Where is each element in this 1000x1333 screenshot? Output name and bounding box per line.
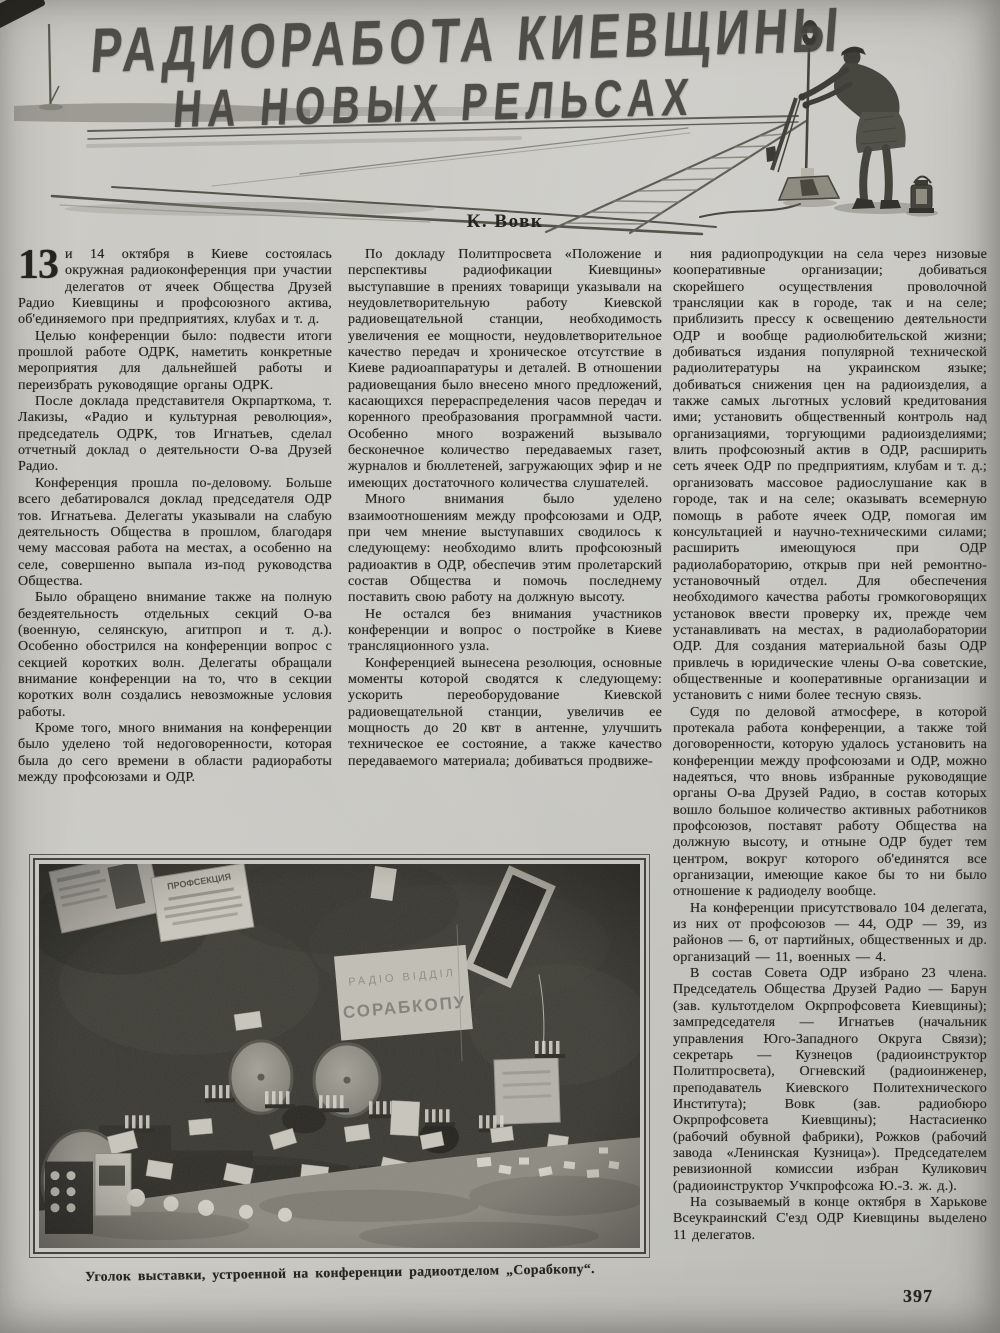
photo-caption: Уголок выставки, устроенной на конференц… <box>40 1260 640 1285</box>
paragraph: Судя по деловой атмосфере, в которой про… <box>673 704 987 900</box>
dropcap-13: 13 <box>18 249 58 282</box>
semaphore-pole <box>39 24 63 110</box>
paragraph: На созываемый в конце октября в Харькове… <box>673 1194 987 1243</box>
column-2: По докладу Политпросвета «Положение и пе… <box>348 246 662 840</box>
paragraph-text: и 14 октября в Киеве состоялась окружная… <box>18 246 332 327</box>
column-3: ния радиопродукции на села через низовые… <box>673 246 987 1298</box>
column-1: 13и 14 октября в Киеве состоялась окружн… <box>18 246 332 840</box>
magazine-page: РАДИОРАБОТА КИЕВЩИНЫ НА НОВЫХ РЕЛЬСАХ К.… <box>0 0 1000 1333</box>
paragraph: ния радиопродукции на села через низовые… <box>673 246 987 704</box>
exhibition-photo: ПРОФСЕКЦИЯ РАДІО ВІДДІЛ СОРАБКОПУ <box>33 858 646 1254</box>
paragraph: Не остался без внимания участников конфе… <box>348 606 662 655</box>
paragraph: Было обращено внимание также на полную б… <box>18 589 332 720</box>
paragraph: По докладу Политпросвета «Положение и пе… <box>348 246 662 491</box>
article-title-line2: НА НОВЫХ РЕЛЬСАХ <box>171 66 697 140</box>
paragraph: Конференция прошла по-деловому. Больше в… <box>18 475 332 589</box>
lantern <box>906 177 938 217</box>
paragraph: Целью конференции было: подвести итоги п… <box>18 328 332 393</box>
paragraph: Много внимания было уделено взаимоотноше… <box>348 491 662 605</box>
paragraph: На конференции присутствовало 104 делега… <box>673 900 987 965</box>
exhibition-photo-image: ПРОФСЕКЦИЯ РАДІО ВІДДІЛ СОРАБКОПУ <box>39 864 640 1248</box>
page-number: 397 <box>903 1286 933 1307</box>
author-byline: К. Вовк <box>348 211 662 233</box>
paragraph: В состав Совета ОДР избрано 23 члена. Пр… <box>673 965 987 1194</box>
paragraph: После доклада представителя Окрпарткома,… <box>18 393 332 475</box>
paragraph: 13и 14 октября в Киеве состоялась окружн… <box>18 246 332 328</box>
paragraph: Конференцией вынесена резолюция, основны… <box>348 655 662 769</box>
paragraph: Кроме того, много внимания на конференци… <box>18 720 332 785</box>
vignette <box>39 864 640 1248</box>
